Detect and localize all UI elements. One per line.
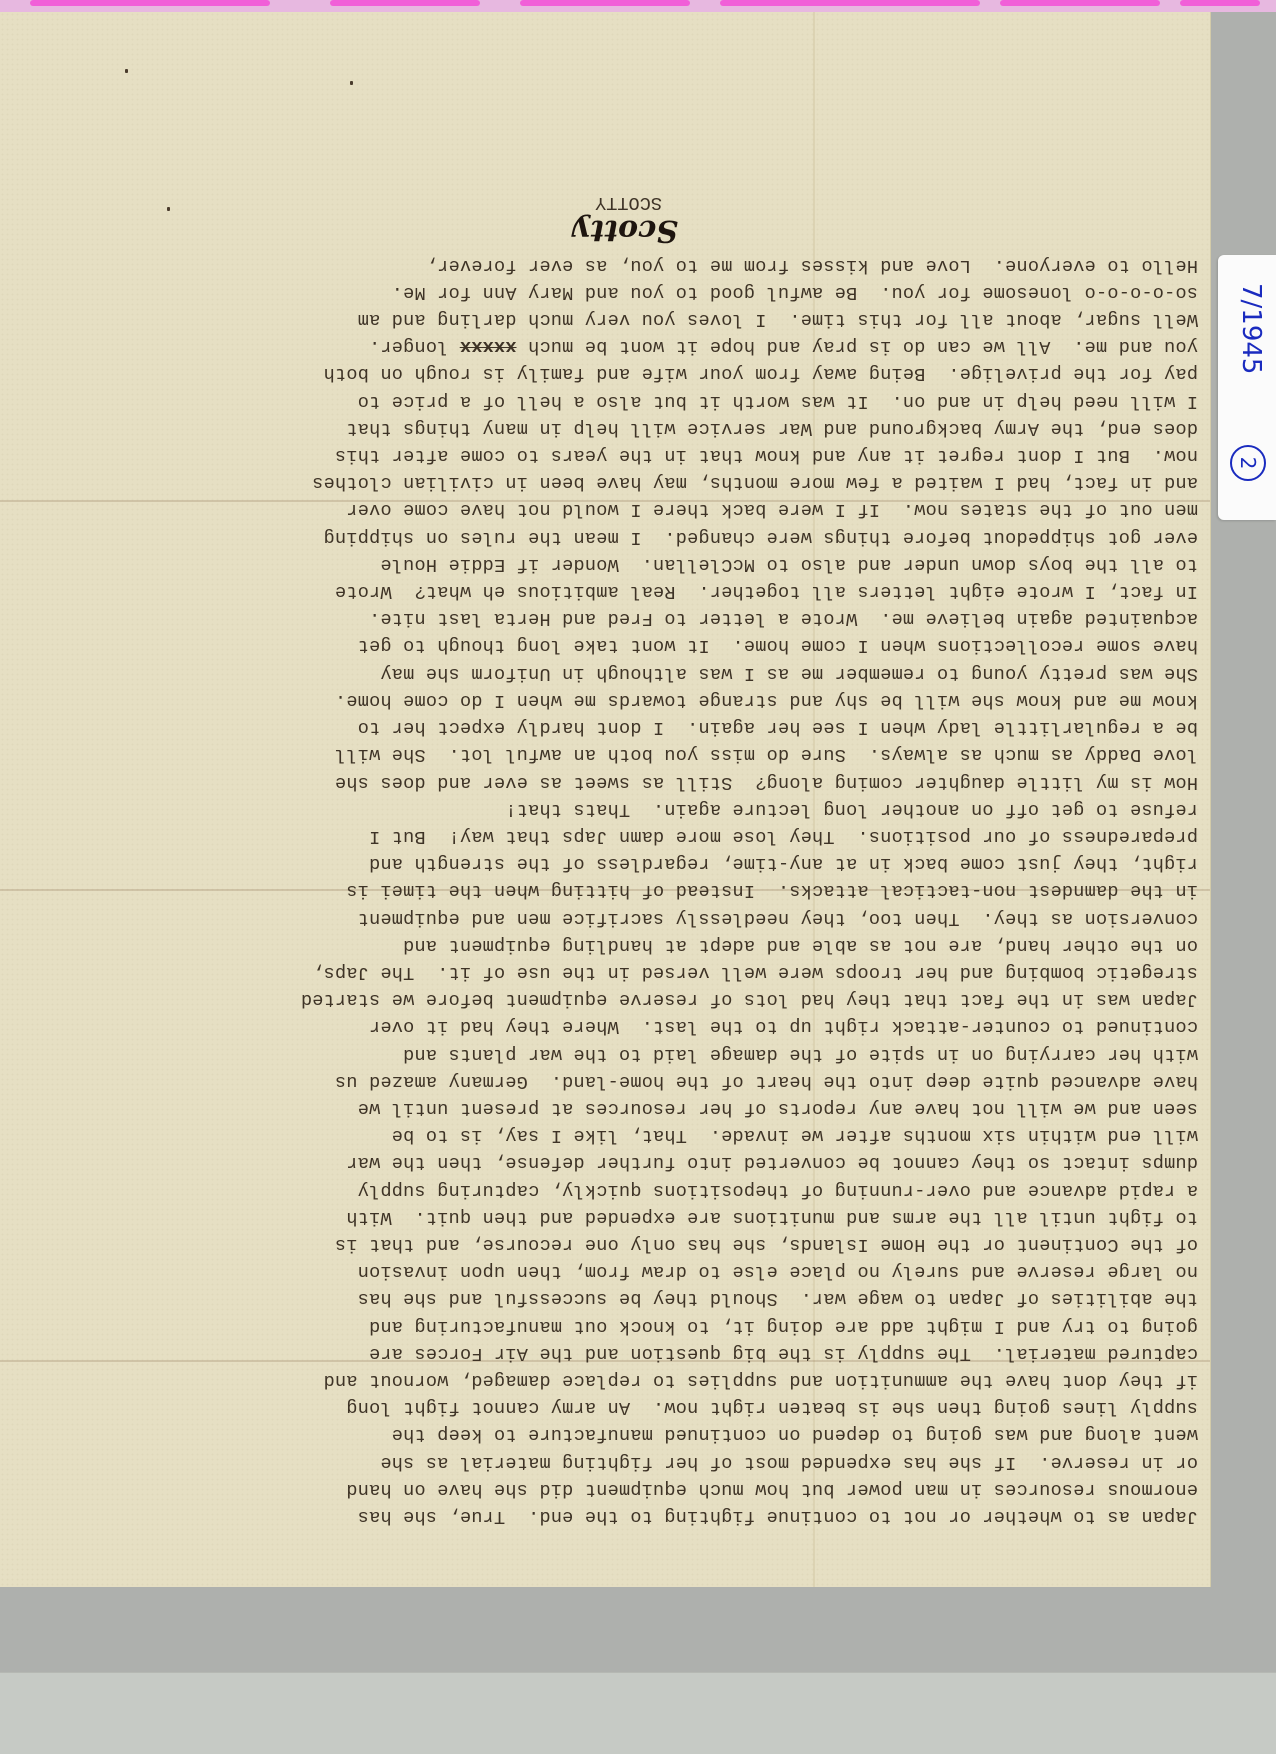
typed-signature: SCOTTY bbox=[58, 191, 662, 213]
text-line: with her carrying on in spite of the dam… bbox=[58, 1040, 1198, 1067]
text-line: of the Continent or the Home Islands, sh… bbox=[58, 1231, 1198, 1258]
text-line: know me and know she will be shy and str… bbox=[58, 687, 1198, 714]
text-line: went along and was going to depend on co… bbox=[58, 1421, 1198, 1448]
handwritten-signature: Scotty bbox=[58, 213, 678, 247]
tab-date: 7/1945 bbox=[1236, 283, 1266, 374]
text-line: the abilities of Japan to wage war. Shou… bbox=[58, 1285, 1198, 1312]
text-line: refuse to get off on another long lectur… bbox=[58, 796, 1198, 823]
body-paragraph-1: Japan as to whether or not to continue f… bbox=[58, 796, 1198, 1530]
scanner-lid bbox=[0, 1672, 1276, 1754]
text-line: right, they just come back in at any-tim… bbox=[58, 850, 1198, 877]
tab-page-number: 2 bbox=[1230, 445, 1266, 481]
text-line: have some recollections when I come home… bbox=[58, 632, 1198, 659]
letter-text-rotated: Japan as to whether or not to continue f… bbox=[38, 300, 1218, 1550]
text-line: be a regularlittle lady when I see her a… bbox=[58, 714, 1198, 741]
text-line: Japan as to whether or not to continue f… bbox=[58, 1503, 1198, 1530]
text-line: pay for the privelige. Being away from y… bbox=[58, 360, 1198, 387]
text-line: ever got shippedout before things were c… bbox=[58, 523, 1198, 550]
text-line: supply lines going then she is beaten ri… bbox=[58, 1394, 1198, 1421]
text-line: Japan was in the fact that they had lots… bbox=[58, 986, 1198, 1013]
text-fragment: longer. bbox=[369, 336, 460, 357]
text-line: to fight until all the arms and munition… bbox=[58, 1204, 1198, 1231]
scan-artifact bbox=[1000, 0, 1160, 6]
text-line: In fact, I wrote eight letters all toget… bbox=[58, 578, 1198, 605]
text-line: now. But I dont regret it any and know t… bbox=[58, 442, 1198, 469]
scan-artifact bbox=[30, 0, 270, 6]
text-line: captured material. The supply is the big… bbox=[58, 1340, 1198, 1367]
text-line: continued to counter-attack right up to … bbox=[58, 1013, 1198, 1040]
text-line: men out of the states now. If I were bac… bbox=[58, 496, 1198, 523]
struck-text: xxxxx bbox=[460, 336, 517, 357]
text-line: and in fact, had I waited a few more mon… bbox=[58, 469, 1198, 496]
text-line: stregetic bombing and her troops were we… bbox=[58, 959, 1198, 986]
text-line: enormous resources in man power but how … bbox=[58, 1476, 1198, 1503]
paper-speck bbox=[125, 69, 128, 73]
text-line: no large reserve and surely no place els… bbox=[58, 1258, 1198, 1285]
text-line: to all the boys down under and also to M… bbox=[58, 551, 1198, 578]
text-line: does end, the Army background and War se… bbox=[58, 415, 1198, 442]
text-line: going to try and I might add are doing i… bbox=[58, 1312, 1198, 1339]
text-line: I will need help in and on. It was worth… bbox=[58, 387, 1198, 414]
paper-speck bbox=[350, 81, 353, 85]
text-line: conversion as they. Then too, they needl… bbox=[58, 904, 1198, 931]
scan-artifact bbox=[720, 0, 980, 6]
scan-edge-strip bbox=[0, 0, 1276, 12]
text-line: acquainted again believe me. Wrote a let… bbox=[58, 605, 1198, 632]
text-line: seen and we will not have any reports of… bbox=[58, 1095, 1198, 1122]
text-line: so-o-o-o-o lonesome for you. Be awful go… bbox=[58, 279, 1198, 306]
text-line: if they dont have the ammunition and sup… bbox=[58, 1367, 1198, 1394]
text-line: dumps intact so they cannot be converted… bbox=[58, 1149, 1198, 1176]
body-paragraph-2: How is my little daughter coming along? … bbox=[58, 251, 1198, 795]
text-line: preparedness of our positions. They lose… bbox=[58, 823, 1198, 850]
text-line: in the damndest non-tactical attacks. In… bbox=[58, 877, 1198, 904]
scan-artifact bbox=[330, 0, 480, 6]
text-line: or in reserve. If she has expended most … bbox=[58, 1448, 1198, 1475]
text-line: Hello to everyone. Love and kisses from … bbox=[58, 251, 1198, 278]
text-fragment: you and me. All we can do is pray and ho… bbox=[517, 336, 1198, 357]
text-line: How is my little daughter coming along? … bbox=[58, 768, 1198, 795]
text-line: a rapid advance and over-running of thep… bbox=[58, 1176, 1198, 1203]
scan-artifact bbox=[1180, 0, 1260, 6]
text-line: will end within six months after we inva… bbox=[58, 1122, 1198, 1149]
text-line: She was pretty young to remember me as I… bbox=[58, 660, 1198, 687]
text-line: have advanced quite deep into the heart … bbox=[58, 1068, 1198, 1095]
archive-page-tab: 7/1945 2 bbox=[1218, 255, 1276, 520]
text-line: Well sugar, about all for this time. I l… bbox=[58, 306, 1198, 333]
text-line: love Daddy as much as always. Sure do mi… bbox=[58, 741, 1198, 768]
text-line-with-strikeover: you and me. All we can do is pray and ho… bbox=[58, 333, 1198, 360]
text-line: on the other hand, are not as able and a… bbox=[58, 932, 1198, 959]
scan-artifact bbox=[520, 0, 690, 6]
